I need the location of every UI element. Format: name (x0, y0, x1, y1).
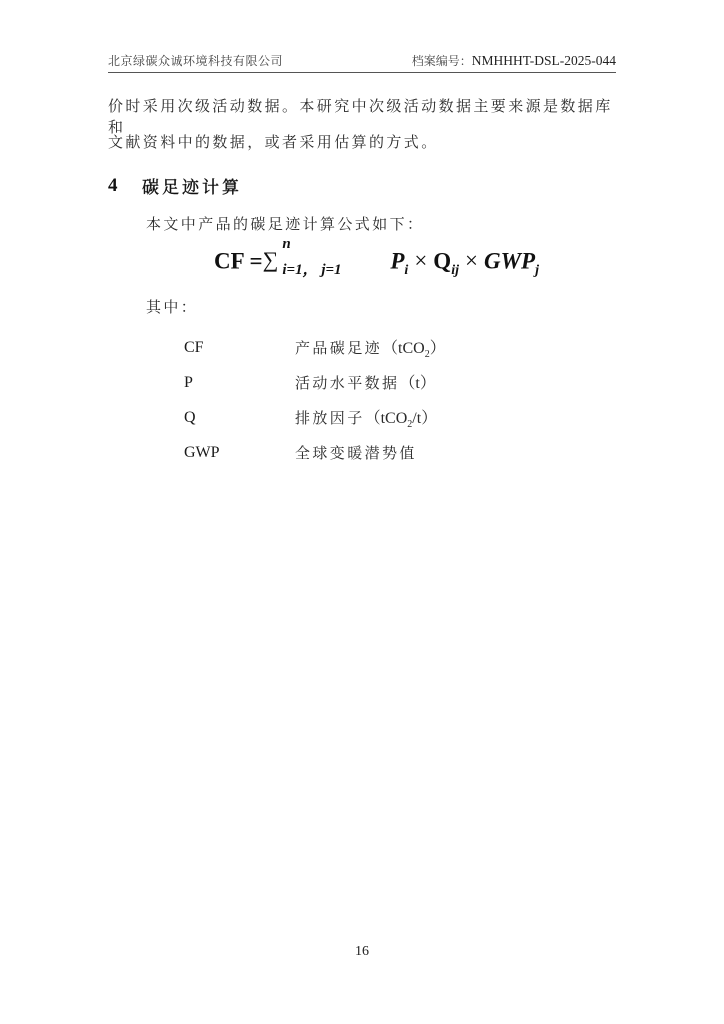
definition-unit: （tCO2） (382, 340, 446, 357)
where-label: 其中： (146, 296, 198, 317)
summation-symbol: ∑ (263, 247, 279, 272)
formula-lhs: CF = (214, 248, 263, 273)
definition-symbol: CF (184, 339, 295, 357)
definition-row: P 活动水平数据（t） (184, 365, 446, 400)
definition-unit: （t） (399, 375, 435, 392)
body-paragraph-line-2: 文献资料中的数据，或者采用估算的方式。 (108, 131, 618, 152)
section-title: 碳足迹计算 (142, 173, 242, 198)
term-gwp-subscript: j (535, 263, 539, 278)
section-heading: 4 碳足迹计算 (108, 173, 242, 198)
company-name: 北京绿碳众诚环境科技有限公司 (108, 52, 283, 69)
term-q-subscript: ij (451, 263, 459, 278)
definition-row: GWP 全球变暖潜势值 (184, 435, 446, 470)
definition-row: Q 排放因子（tCO2/t） (184, 400, 446, 435)
term-p-subscript: i (404, 263, 408, 278)
definition-unit: （tCO2/t） (365, 410, 438, 427)
formula-intro: 本文中产品的碳足迹计算公式如下： (146, 213, 424, 234)
upper-limit: n (282, 236, 290, 253)
definition-symbol: GWP (184, 444, 295, 462)
multiply-sign-2: × (465, 248, 478, 273)
term-q: Q (433, 248, 451, 273)
term-p: P (390, 248, 404, 273)
definition-description: 全球变暖潜势值 (295, 442, 417, 463)
summation-limits: ni=1， j=1 (278, 248, 390, 278)
definition-symbol: Q (184, 409, 295, 427)
section-number: 4 (108, 175, 142, 197)
page-number: 16 (0, 944, 724, 960)
lower-limit: i=1， j=1 (282, 258, 341, 279)
definition-description: 活动水平数据（t） (295, 370, 436, 395)
definition-symbol: P (184, 374, 295, 392)
term-gwp: GWP (484, 248, 535, 273)
archive-code: NMHHHT-DSL-2025-044 (472, 53, 616, 68)
multiply-sign-1: × (414, 248, 427, 273)
definition-description: 排放因子（tCO2/t） (295, 405, 437, 430)
definitions-list: CF 产品碳足迹（tCO2） P 活动水平数据（t） Q 排放因子（tCO2/t… (184, 330, 446, 470)
archive-label: 档案编号： (412, 54, 472, 68)
definition-row: CF 产品碳足迹（tCO2） (184, 330, 446, 365)
page-header: 北京绿碳众诚环境科技有限公司 档案编号：NMHHHT-DSL-2025-044 (108, 52, 616, 73)
archive-number: 档案编号：NMHHHT-DSL-2025-044 (412, 52, 616, 69)
definition-description: 产品碳足迹（tCO2） (295, 335, 446, 360)
carbon-footprint-formula: CF =∑ni=1， j=1Pi×Qij×GWPj (214, 248, 539, 279)
